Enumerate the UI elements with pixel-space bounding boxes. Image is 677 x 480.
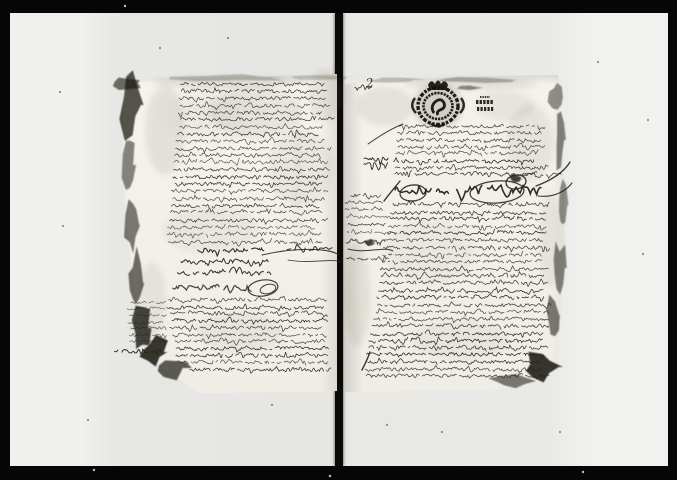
microfilm-scan: 2 [0, 0, 677, 480]
folio-number: 2 [365, 76, 375, 91]
manuscript-page-right [345, 74, 566, 394]
manuscript-page-left [119, 74, 337, 393]
